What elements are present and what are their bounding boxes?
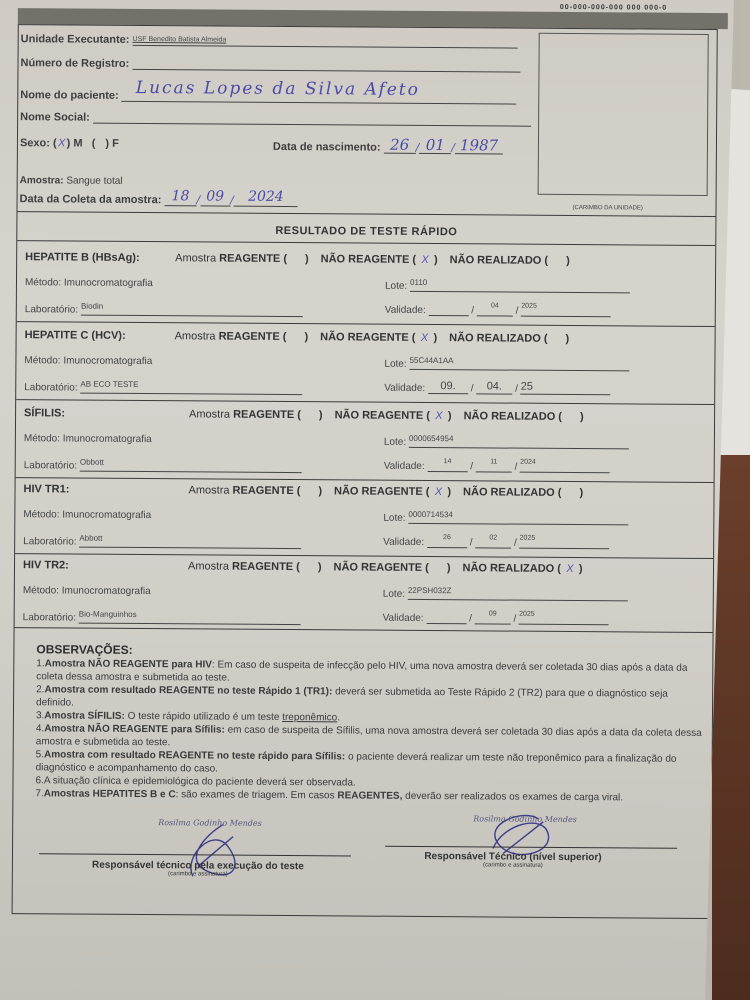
option-label: REAGENTE ( [232,561,300,573]
laboratorio-row: Laboratório: Bio-Manguinhos [23,609,301,625]
option-reagente: REAGENTE () [232,561,322,574]
option-label: NÃO REAGENTE ( [333,561,428,574]
option-nao-realizado: NÃO REALIZADO () [463,486,583,499]
option-label: NÃO REAGENTE ( [320,331,415,344]
option-label: NÃO REALIZADO ( [450,254,548,267]
option-close: ) [448,410,452,422]
test-block: SÍFILIS:Amostra REAGENTE ()NÃO REAGENTE … [16,401,715,484]
option-close: ) [305,253,309,265]
metodo-row: Método: Imunocromatografia [25,277,153,289]
option-nao-reagente: NÃO REAGENTE (X) [334,485,451,498]
observations-list: 1.Amostra NÃO REAGENTE para HIV: Em caso… [35,657,706,805]
metodo-value: Imunocromatografia [64,277,153,289]
test-header: HIV TR1:Amostra REAGENTE ()NÃO REAGENTE … [24,483,596,499]
test-header: SÍFILIS:Amostra REAGENTE ()NÃO REAGENTE … [24,407,596,423]
validade-month[interactable]: 11 [476,458,512,472]
validade-month[interactable]: 04. [476,380,512,394]
lote-row: Lote: 0000714534 [383,510,628,526]
validade-day[interactable]: 14 [427,458,467,472]
unit-stamp-label: (CARIMBO DA UNIDADE) [572,205,642,211]
amostra-label: Amostra [188,560,232,572]
option-label: NÃO REALIZADO ( [449,332,547,345]
lote-field[interactable]: 0000714534 [408,510,628,526]
laboratorio-row: Laboratório: Abbott [23,533,301,549]
registro-field[interactable] [132,56,520,73]
test-result-form: 00-000-000-000 000 000-0 Unidade Executa… [0,0,734,1000]
lote-field[interactable]: 22PSH032Z [408,586,628,602]
right-signature-title: Responsável Técnico (nível superior) [424,851,601,863]
validade-day[interactable] [429,302,469,316]
validade-day[interactable]: 26 [427,534,467,548]
validade-year[interactable]: 2024 [520,459,610,474]
option-close: ) [433,332,437,344]
section-title: RESULTADO DE TESTE RÁPIDO [17,223,715,240]
unidade-label: Unidade Executante: [21,33,130,46]
test-header: HIV TR2:Amostra REAGENTE ()NÃO REAGENTE … [23,559,595,575]
metodo-value: Imunocromatografia [62,509,151,521]
validade-year[interactable]: 2025 [521,303,611,318]
lote-row: Lote: 0000654954 [384,434,629,450]
test-block: HEPATITE C (HCV):Amostra REAGENTE ()NÃO … [16,323,715,406]
test-block: HIV TR2:Amostra REAGENTE ()NÃO REAGENTE … [15,553,714,636]
right-signature-block: Responsável Técnico (nível superior) (ca… [393,851,633,870]
paciente-field[interactable]: Lucas Lopes da Silva Afeto [122,78,517,105]
laboratorio-field[interactable]: AB ECO TESTE [80,380,302,396]
lote-row: Lote: 55C44A1AA [384,356,629,372]
test-block: HEPATITE B (HBsAg):Amostra REAGENTE ()NÃ… [17,245,716,328]
option-close: ) [447,562,451,574]
option-label: NÃO REALIZADO ( [464,410,562,423]
test-name: HEPATITE C (HCV): [25,329,175,342]
slash: / [469,305,477,316]
lote-label: Lote: [383,589,408,600]
option-close: ) [566,333,570,345]
amostra-value: Sangue total [66,175,122,186]
validade-month[interactable]: 02 [475,534,511,548]
validade-row: Validade: 14 / 11 / 2024 [384,458,611,474]
slash: / [512,462,520,473]
slash: / [513,306,521,317]
option-label: NÃO REAGENTE ( [334,485,429,498]
nao-reagente-checkbox[interactable]: X [429,486,447,498]
metodo-label: Método: [25,277,64,288]
form-frame: Unidade Executante: USF Benedito Batista… [12,24,718,919]
option-close: ) [319,409,323,421]
lote-field[interactable]: 0000654954 [409,434,629,450]
metodo-value: Imunocromatografia [62,585,151,597]
lote-label: Lote: [385,281,410,292]
slash: / [468,383,476,394]
metodo-label: Método: [23,509,62,520]
laboratorio-field[interactable]: Bio-Manguinhos [79,610,301,626]
laboratorio-label: Laboratório: [23,612,79,623]
option-close: ) [580,411,584,423]
laboratorio-field[interactable]: Biodin [81,302,303,318]
validade-label: Validade: [384,383,428,394]
option-nao-reagente: NÃO REAGENTE (X) [321,253,438,266]
option-close: ) [447,486,451,498]
option-reagente: REAGENTE () [219,253,309,266]
validade-row: Validade: 09. / 04. / 25 [384,380,611,396]
test-header: HEPATITE C (HCV):Amostra REAGENTE ()NÃO … [25,329,582,345]
coleta-month[interactable]: 09 [200,188,230,206]
metodo-row: Método: Imunocromatografia [23,585,151,597]
nascimento-label: Data de nascimento: [273,141,381,154]
amostra-label: Amostra: [20,175,64,186]
validade-row: Validade: / 09 / 2025 [383,610,610,626]
option-close: ) [566,255,570,267]
slash: / [511,614,519,625]
laboratorio-field[interactable]: Abbott [79,534,301,550]
left-signature-block: Responsável técnico pela execução do tes… [53,859,343,878]
coleta-year[interactable]: 2024 [234,189,298,207]
validade-label: Validade: [383,537,427,548]
metodo-label: Método: [24,355,63,366]
option-label: NÃO REAGENTE ( [321,253,416,266]
amostra-label: Amostra [175,252,219,264]
amostra-label: Amostra [175,330,219,342]
option-nao-realizado: NÃO REALIZADO () [464,410,584,423]
sexo-label: Sexo: [20,137,50,149]
unidade-field[interactable]: USF Benedito Batista Almeida [133,32,518,49]
amostra-label: Amostra [188,484,232,496]
unit-stamp-box [538,33,709,196]
coleta-label: Data da Coleta da amostra: [20,193,162,206]
validade-label: Validade: [384,461,428,472]
metodo-value: Imunocromatografia [63,433,152,445]
option-close: ) [434,254,438,266]
validade-day[interactable]: 09. [428,380,468,394]
observations: OBSERVAÇÕES: 1.Amostra NÃO REAGENTE para… [35,643,706,805]
slash: / [467,537,475,548]
photo-scene: 00-000-000-000 000 000-0 Unidade Executa… [0,0,750,1000]
social-field[interactable] [93,110,531,127]
slash: / [466,613,474,624]
validade-label: Validade: [385,305,429,316]
nao-realizado-checkbox[interactable]: X [561,563,579,575]
option-nao-reagente: NÃO REAGENTE (X) [320,331,437,344]
validade-year[interactable]: 25 [521,381,611,396]
option-close: ) [304,331,308,343]
amostra-label: Amostra [189,408,233,420]
option-close: ) [318,561,322,573]
validade-year[interactable]: 2025 [519,611,609,626]
metodo-row: Método: Imunocromatografia [23,509,151,521]
option-nao-reagente: NÃO REAGENTE () [333,561,450,574]
laboratorio-label: Laboratório: [24,460,80,471]
test-name: HEPATITE B (HBsAg): [25,251,175,264]
sexo-m-checkbox[interactable]: X [57,137,67,149]
laboratorio-row: Laboratório: AB ECO TESTE [24,379,302,395]
left-signature-title: Responsável técnico pela execução do tes… [92,860,304,872]
option-reagente: REAGENTE () [233,409,323,422]
metodo-label: Método: [23,585,62,596]
lote-label: Lote: [384,437,409,448]
option-label: REAGENTE ( [219,253,287,265]
validade-month[interactable]: 09 [475,610,511,624]
metodo-row: Método: Imunocromatografia [24,355,152,367]
option-close: ) [318,485,322,497]
option-nao-realizado: NÃO REALIZADO () [450,254,570,267]
option-nao-realizado: NÃO REALIZADO (X) [463,562,583,575]
option-close: ) [579,487,583,499]
test-header: HEPATITE B (HBsAg):Amostra REAGENTE ()NÃ… [25,251,582,267]
lote-field[interactable]: 55C44A1AA [409,356,629,372]
nao-reagente-checkbox[interactable]: X [415,332,433,344]
laboratorio-label: Laboratório: [23,536,79,547]
social-label: Nome Social: [20,111,90,123]
option-nao-reagente: NÃO REAGENTE (X) [335,409,452,422]
laboratorio-row: Laboratório: Obbott [24,457,302,473]
lote-row: Lote: 22PSH032Z [383,586,628,602]
option-label: NÃO REALIZADO ( [463,562,561,575]
laboratorio-row: Laboratório: Biodin [25,301,303,317]
option-label: NÃO REALIZADO ( [463,486,561,499]
validade-row: Validade: 26 / 02 / 2025 [383,534,610,550]
option-reagente: REAGENTE () [233,485,323,498]
test-name: HIV TR2: [23,559,188,572]
sexo-m-label: M [73,138,82,150]
nascimento-year[interactable]: 1987 [455,136,503,154]
option-label: REAGENTE ( [233,409,301,421]
nascimento-day[interactable]: 26 [384,136,416,154]
form-code: 00-000-000-000 000 000-0 [560,4,667,12]
lote-label: Lote: [383,513,408,524]
laboratorio-label: Laboratório: [24,382,80,393]
validade-day[interactable] [426,610,466,624]
registro-label: Número de Registro: [20,57,129,70]
lote-row: Lote: 0110 [385,278,630,294]
lote-field[interactable]: 0110 [410,278,630,294]
nascimento-month[interactable]: 01 [419,136,451,154]
option-label: NÃO REAGENTE ( [335,409,430,422]
slash: / [511,538,519,549]
validade-year[interactable]: 2025 [520,535,610,550]
nao-reagente-checkbox[interactable]: X [430,410,448,422]
validade-month[interactable]: 04 [477,302,513,316]
nao-reagente-checkbox[interactable]: X [416,254,434,266]
option-label: REAGENTE ( [233,485,301,497]
validade-row: Validade: / 04 / 2025 [385,302,612,318]
laboratorio-field[interactable]: Obbott [80,458,302,474]
validade-label: Validade: [383,613,427,624]
metodo-value: Imunocromatografia [63,355,152,367]
laboratorio-label: Laboratório: [25,304,81,315]
metodo-row: Método: Imunocromatografia [24,433,152,445]
test-block: HIV TR1:Amostra REAGENTE ()NÃO REAGENTE … [15,477,714,560]
paciente-label: Nome do paciente: [20,89,118,102]
test-name: SÍFILIS: [24,407,189,420]
metodo-label: Método: [24,433,63,444]
option-nao-realizado: NÃO REALIZADO () [449,332,569,345]
option-label: REAGENTE ( [219,331,287,343]
test-name: HIV TR1: [24,483,189,496]
divider [17,211,715,217]
lote-label: Lote: [384,359,409,370]
slash: / [467,461,475,472]
option-close: ) [579,563,583,575]
option-reagente: REAGENTE () [219,331,309,344]
slash: / [512,384,520,395]
coleta-day[interactable]: 18 [164,188,196,206]
sexo-f-label: F [112,138,119,150]
